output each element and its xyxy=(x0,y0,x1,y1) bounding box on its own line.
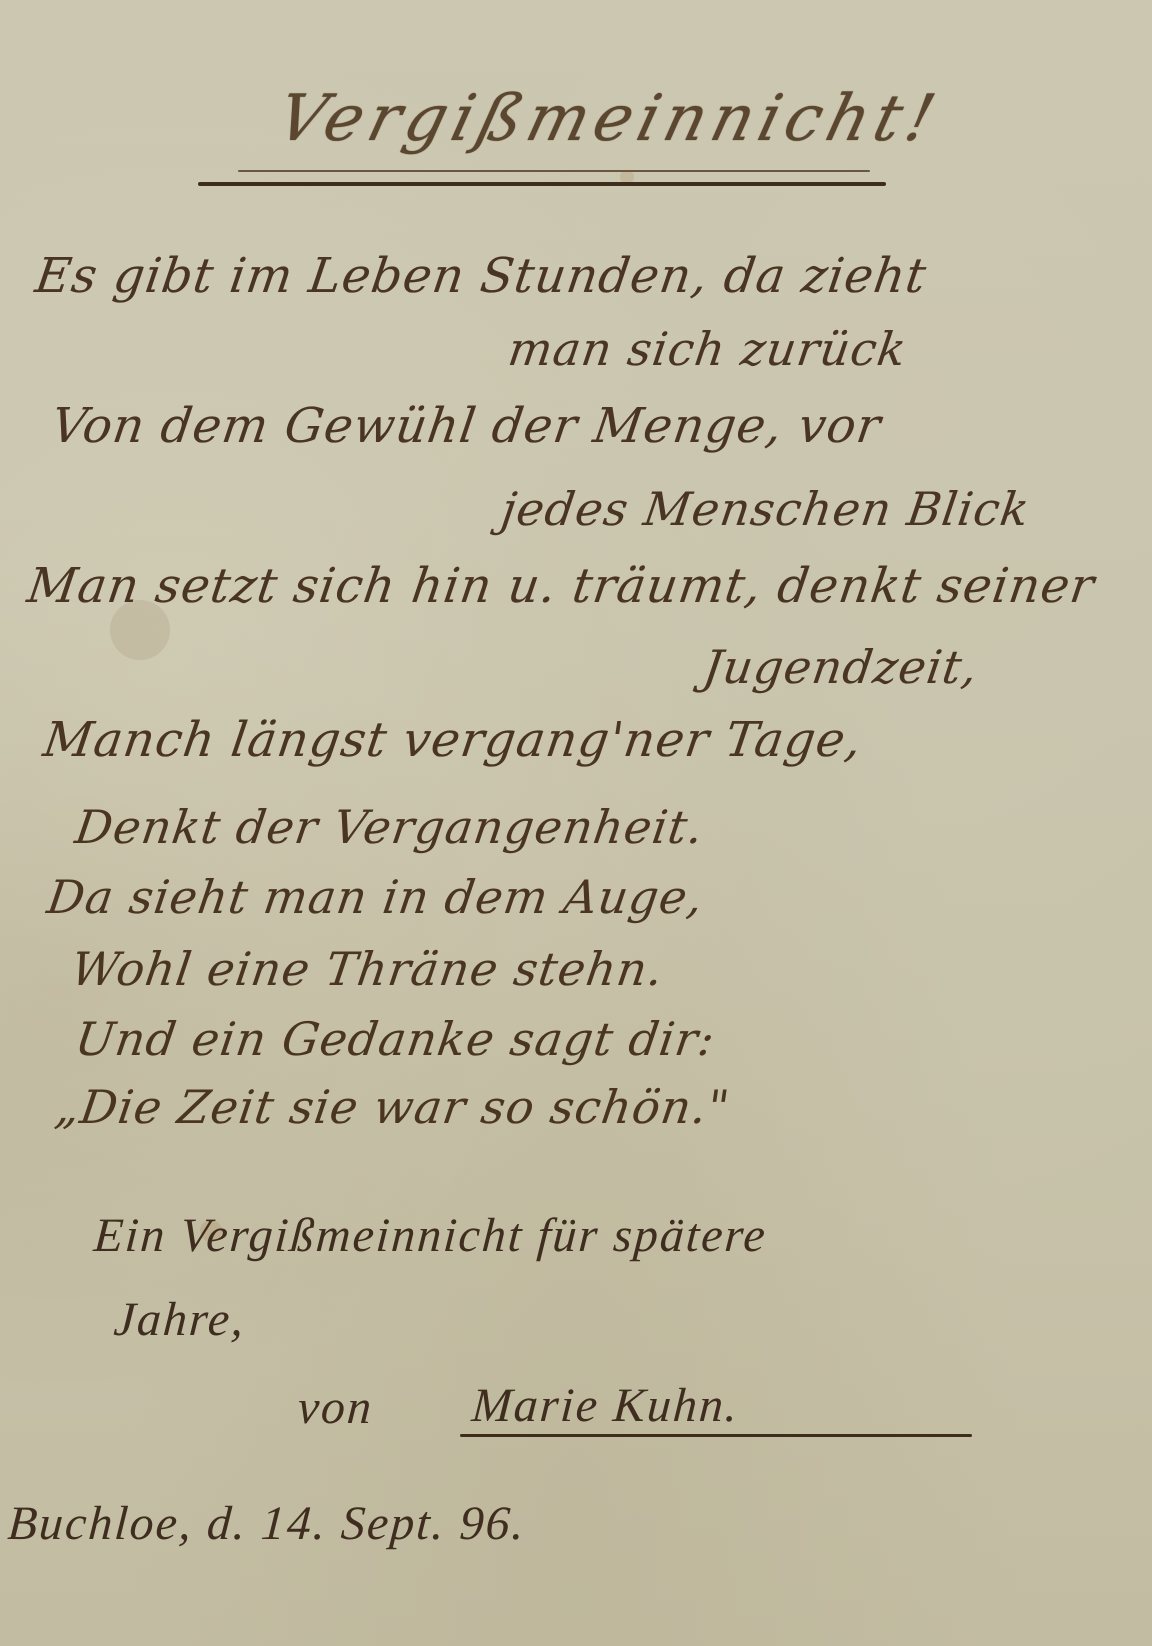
poem-line: Wohl eine Thräne stehn. xyxy=(68,942,667,996)
poem-line: man sich zurück xyxy=(505,322,910,376)
dedication-line: Ein Vergißmeinnicht für spätere xyxy=(92,1208,769,1263)
poem-line: Man setzt sich hin u. träumt, denkt sein… xyxy=(24,558,1098,614)
dedication-line: Jahre, xyxy=(112,1292,247,1347)
manuscript-page: Vergißmeinnicht! Es gibt im Leben Stunde… xyxy=(0,0,1152,1646)
poem-line: „Die Zeit sie war so schön." xyxy=(52,1080,733,1134)
poem-line: Da sieht man in dem Auge, xyxy=(44,870,707,924)
signature-underline xyxy=(460,1434,972,1437)
poem-line: jedes Menschen Blick xyxy=(498,482,1033,536)
place-date: Buchloe, d. 14. Sept. 96. xyxy=(6,1496,528,1551)
title-underline-thin xyxy=(238,170,870,172)
title-underline-thick xyxy=(198,182,886,186)
poem-line: Es gibt im Leben Stunden, da zieht xyxy=(32,248,930,304)
poem-line: Und ein Gedanke sagt dir: xyxy=(72,1012,719,1066)
poem-line: Von dem Gewühl der Menge, vor xyxy=(48,398,885,454)
poem-line: Manch längst vergang'ner Tage, xyxy=(40,712,866,768)
signature: Marie Kuhn. xyxy=(470,1378,741,1433)
poem-line: Denkt der Vergangenheit. xyxy=(72,800,707,854)
page-title: Vergißmeinnicht! xyxy=(270,82,948,156)
from-label: von xyxy=(296,1380,375,1435)
poem-line: Jugendzeit, xyxy=(700,640,982,694)
